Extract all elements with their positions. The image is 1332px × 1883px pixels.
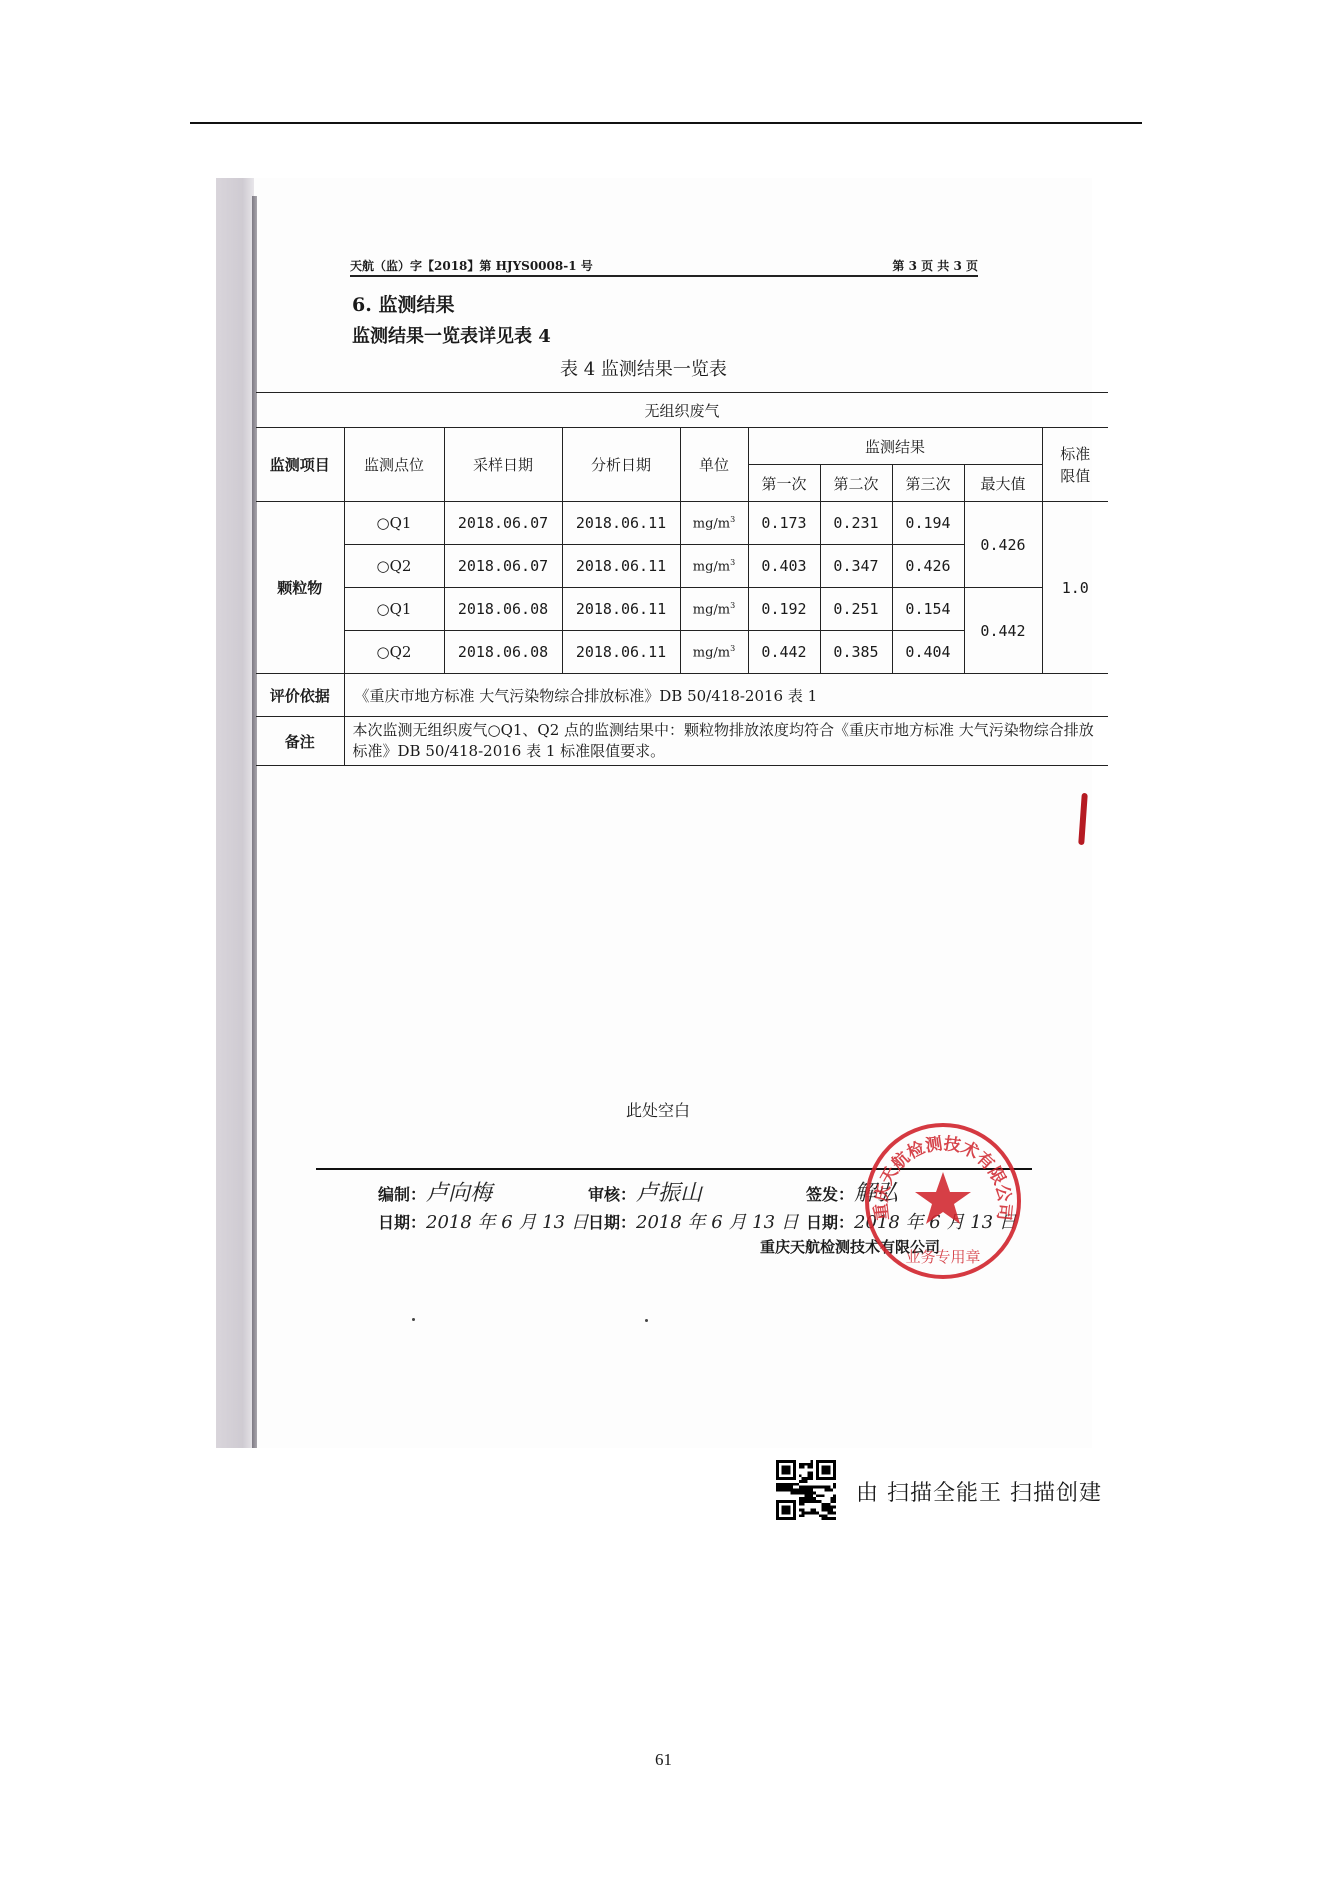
result-3-cell: 0.426 xyxy=(892,545,964,588)
basis-label: 评价依据 xyxy=(256,674,344,717)
result-2-cell: 0.347 xyxy=(820,545,892,588)
analysis-date-cell: 2018.06.11 xyxy=(562,588,680,631)
header-second: 第二次 xyxy=(820,465,892,502)
monitoring-results-table: 无组织废气 监测项目 监测点位 采样日期 分析日期 单位 监测结果 标准限值 第… xyxy=(256,392,1108,766)
seal-star-icon xyxy=(915,1172,971,1224)
unit-cell: mg/m3 xyxy=(680,631,748,674)
header-results-group: 监测结果 xyxy=(748,428,1042,465)
result-2-cell: 0.251 xyxy=(820,588,892,631)
reviewer-signature: 审核：卢振山 xyxy=(588,1176,702,1207)
header-unit: 单位 xyxy=(680,428,748,502)
analysis-date-cell: 2018.06.11 xyxy=(562,502,680,545)
result-1-cell: 0.192 xyxy=(748,588,820,631)
page-number: 61 xyxy=(655,1750,672,1770)
unit-cell: mg/m3 xyxy=(680,588,748,631)
note-text: 本次监测无组织废气○Q1、Q2 点的监测结果中：颗粒物排放浓度均符合《重庆市地方… xyxy=(344,717,1108,766)
point-cell: ○Q2 xyxy=(344,545,444,588)
point-cell: ○Q1 xyxy=(344,502,444,545)
result-3-cell: 0.404 xyxy=(892,631,964,674)
svg-text:业务专用章: 业务专用章 xyxy=(905,1248,980,1266)
analysis-date-cell: 2018.06.11 xyxy=(562,545,680,588)
point-cell: ○Q1 xyxy=(344,588,444,631)
header-point: 监测点位 xyxy=(344,428,444,502)
sample-date-cell: 2018.06.07 xyxy=(444,502,562,545)
header-third: 第三次 xyxy=(892,465,964,502)
header-limit: 标准限值 xyxy=(1042,428,1108,502)
header-sample-date: 采样日期 xyxy=(444,428,562,502)
header-first: 第一次 xyxy=(748,465,820,502)
page-info: 第 3 页 共 3 页 xyxy=(892,257,978,274)
result-3-cell: 0.154 xyxy=(892,588,964,631)
table-caption: 表 4 监测结果一览表 xyxy=(560,355,727,381)
header-max: 最大值 xyxy=(964,465,1042,502)
reviewer-date: 日期：2018 年 6 月 13 日 xyxy=(588,1208,799,1234)
result-3-cell: 0.194 xyxy=(892,502,964,545)
analysis-date-cell: 2018.06.11 xyxy=(562,631,680,674)
company-seal-stamp: 重庆天航检测技术有限公司 业务专用章 xyxy=(862,1120,1024,1282)
result-1-cell: 0.403 xyxy=(748,545,820,588)
scan-speck xyxy=(412,1318,415,1321)
table-row: ○Q12018.06.082018.06.11mg/m30.1920.2510.… xyxy=(256,588,1108,631)
section-subtitle: 监测结果一览表详见表 4 xyxy=(352,322,551,348)
max-value-cell: 0.426 xyxy=(964,502,1042,588)
max-value-cell: 0.442 xyxy=(964,588,1042,674)
page-top-rule xyxy=(190,122,1142,124)
sample-date-cell: 2018.06.08 xyxy=(444,588,562,631)
header-item: 监测项目 xyxy=(256,428,344,502)
sample-date-cell: 2018.06.08 xyxy=(444,631,562,674)
table-row: 颗粒物○Q12018.06.072018.06.11mg/m30.1730.23… xyxy=(256,502,1108,545)
result-1-cell: 0.442 xyxy=(748,631,820,674)
basis-text: 《重庆市地方标准 大气污染物综合排放标准》DB 50/418-2016 表 1 xyxy=(344,674,1108,717)
unit-cell: mg/m3 xyxy=(680,545,748,588)
item-name: 颗粒物 xyxy=(256,502,344,674)
document-header: 天航（监）字【2018】第 HJYS0008-1 号 第 3 页 共 3 页 xyxy=(350,255,978,277)
scan-credit: 由 扫描全能王 扫描创建 xyxy=(856,1476,1102,1507)
report-number: 天航（监）字【2018】第 HJYS0008-1 号 xyxy=(350,257,593,274)
compiler-handwriting: 卢向梅 xyxy=(426,1181,492,1206)
limit-value-cell: 1.0 xyxy=(1042,502,1108,674)
compiler-date: 日期：2018 年 6 月 13 日 xyxy=(378,1208,589,1234)
qr-code-icon xyxy=(776,1460,836,1520)
table-category: 无组织废气 xyxy=(256,393,1108,428)
unit-cell: mg/m3 xyxy=(680,502,748,545)
header-analysis-date: 分析日期 xyxy=(562,428,680,502)
scan-speck xyxy=(645,1319,648,1322)
result-2-cell: 0.385 xyxy=(820,631,892,674)
point-cell: ○Q2 xyxy=(344,631,444,674)
result-2-cell: 0.231 xyxy=(820,502,892,545)
scan-binding-shadow xyxy=(216,178,254,1448)
sample-date-cell: 2018.06.07 xyxy=(444,545,562,588)
blank-space-note: 此处空白 xyxy=(626,1098,690,1121)
scan-binding-edge xyxy=(252,196,257,1448)
result-1-cell: 0.173 xyxy=(748,502,820,545)
note-label: 备注 xyxy=(256,717,344,766)
section-title: 6. 监测结果 xyxy=(352,290,454,317)
reviewer-handwriting: 卢振山 xyxy=(636,1181,702,1206)
compiler-signature: 编制：卢向梅 xyxy=(378,1176,492,1207)
